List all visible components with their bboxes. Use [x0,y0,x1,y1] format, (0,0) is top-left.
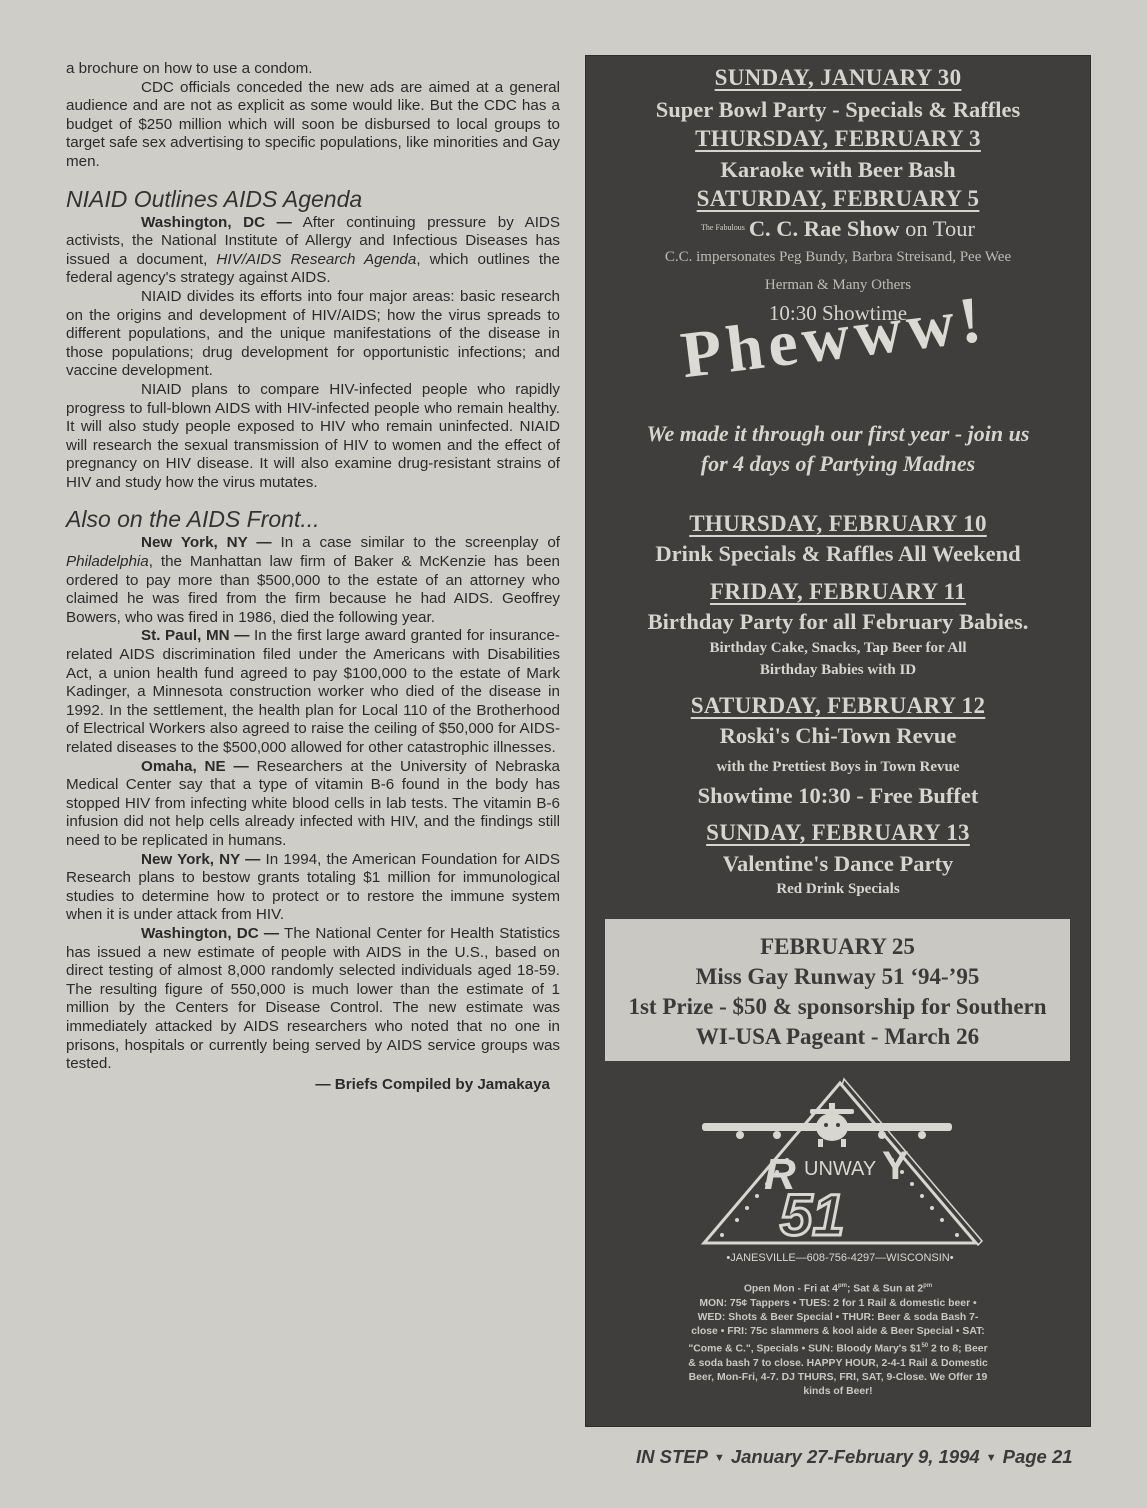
paragraph: NIAID plans to compare HIV-infected peop… [66,381,560,493]
paragraph: Washington, DC — After continuing pressu… [66,214,560,288]
film-title: Philadelphia [66,553,149,570]
event-sub: Birthday Babies with ID [585,662,1091,679]
triangle-separator-icon: ▼ [986,1452,997,1464]
event-title: Roski's Chi-Town Revue [585,723,1091,749]
publication-name: IN STEP [636,1446,708,1467]
event-title: Birthday Party for all February Babies. [585,609,1091,635]
page-number: Page 21 [1003,1446,1073,1467]
dateline: St. Paul, MN — [141,627,249,644]
event-extra: Showtime 10:30 - Free Buffet [585,783,1091,809]
pageant-prize: 1st Prize - $50 & sponsorship for Southe… [605,992,1070,1022]
pageant-title: Miss Gay Runway 51 ‘94-’95 [605,962,1070,992]
dateline: Washington, DC — [141,925,279,942]
event-date: SUNDAY, JANUARY 30 [585,65,1091,91]
section-heading-also: Also on the AIDS Front... [66,506,560,532]
event-date: SUNDAY, FEBRUARY 13 [585,820,1091,846]
tagline: for 4 days of Partying Madnes [585,451,1091,477]
pageant-box: FEBRUARY 25 Miss Gay Runway 51 ‘94-’95 1… [605,919,1070,1061]
hours-and-specials: Open Mon - Fri at 4pm; Sat & Sun at 2pm … [685,1279,991,1400]
pageant-date: FEBRUARY 25 [605,932,1070,962]
tagline: We made it through our first year - join… [585,421,1091,447]
logo-word: UNWAY [804,1158,876,1180]
event-title: Valentine's Dance Party [585,851,1091,877]
event-date: THURSDAY, FEBRUARY 3 [585,126,1091,152]
event-sub: with the Prettiest Boys in Town Revue [585,759,1091,776]
runway51-advertisement: SUNDAY, JANUARY 30 Super Bowl Party - Sp… [585,55,1091,1427]
event-title: Super Bowl Party - Specials & Raffles [585,97,1091,123]
brief-item: New York, NY — In 1994, the American Fou… [66,851,560,925]
pageant-detail: WI-USA Pageant - March 26 [605,1022,1070,1052]
paragraph: NIAID divides its efforts into four majo… [66,288,560,381]
logo-footer: •JANESVILLE—608-756-4297—WISCONSIN• [726,1252,953,1264]
brief-item: New York, NY — In a case similar to the … [66,534,560,627]
dateline: Omaha, NE — [141,758,249,775]
event-date: SATURDAY, FEBRUARY 12 [585,693,1091,719]
brief-item: Omaha, NE — Researchers at the Universit… [66,758,560,851]
intro-paragraph: CDC officials conceded the new ads are a… [66,79,560,172]
issue-dates: January 27-February 9, 1994 [731,1446,980,1467]
show-name: C. C. Rae Show [749,216,900,241]
triangle-separator-icon: ▼ [714,1452,725,1464]
cc-rae-show: The Fabulous C. C. Rae Show on Tour [585,216,1091,242]
event-title: Karaoke with Beer Bash [585,157,1091,183]
event-sub: Birthday Cake, Snacks, Tap Beer for All [585,640,1091,657]
byline: — Briefs Compiled by Jamakaya [66,1076,560,1095]
page-footer: IN STEP▼January 27-February 9, 1994▼Page… [636,1446,1096,1468]
brief-item: St. Paul, MN — In the first large award … [66,627,560,757]
dateline: New York, NY — [141,851,260,868]
event-date: THURSDAY, FEBRUARY 10 [585,511,1091,537]
event-title: Drink Specials & Raffles All Weekend [585,541,1091,567]
brief-item: Washington, DC — The National Center for… [66,925,560,1074]
event-sub: Red Drink Specials [585,881,1091,898]
dateline: New York, NY — [141,534,272,551]
show-description: C.C. impersonates Peg Bundy, Barbra Stre… [585,249,1091,266]
section-heading-niaid: NIAID Outlines AIDS Agenda [66,186,560,212]
event-date: SATURDAY, FEBRUARY 5 [585,186,1091,212]
runway51-logo-icon: R UNWAY Y 51 •JANESVILLE—608-756-4297—WI… [692,1075,988,1265]
show-prefix: The Fabulous [701,223,745,232]
document-title: HIV/AIDS Research Agenda [216,251,416,268]
event-date: FRIDAY, FEBRUARY 11 [585,579,1091,605]
logo-letter-y: Y [882,1144,909,1188]
article-column: a brochure on how to use a condom. CDC o… [66,60,560,1094]
logo-number: 51 [780,1183,845,1248]
dateline: Washington, DC — [141,214,292,231]
intro-continuation: a brochure on how to use a condom. [66,60,560,79]
